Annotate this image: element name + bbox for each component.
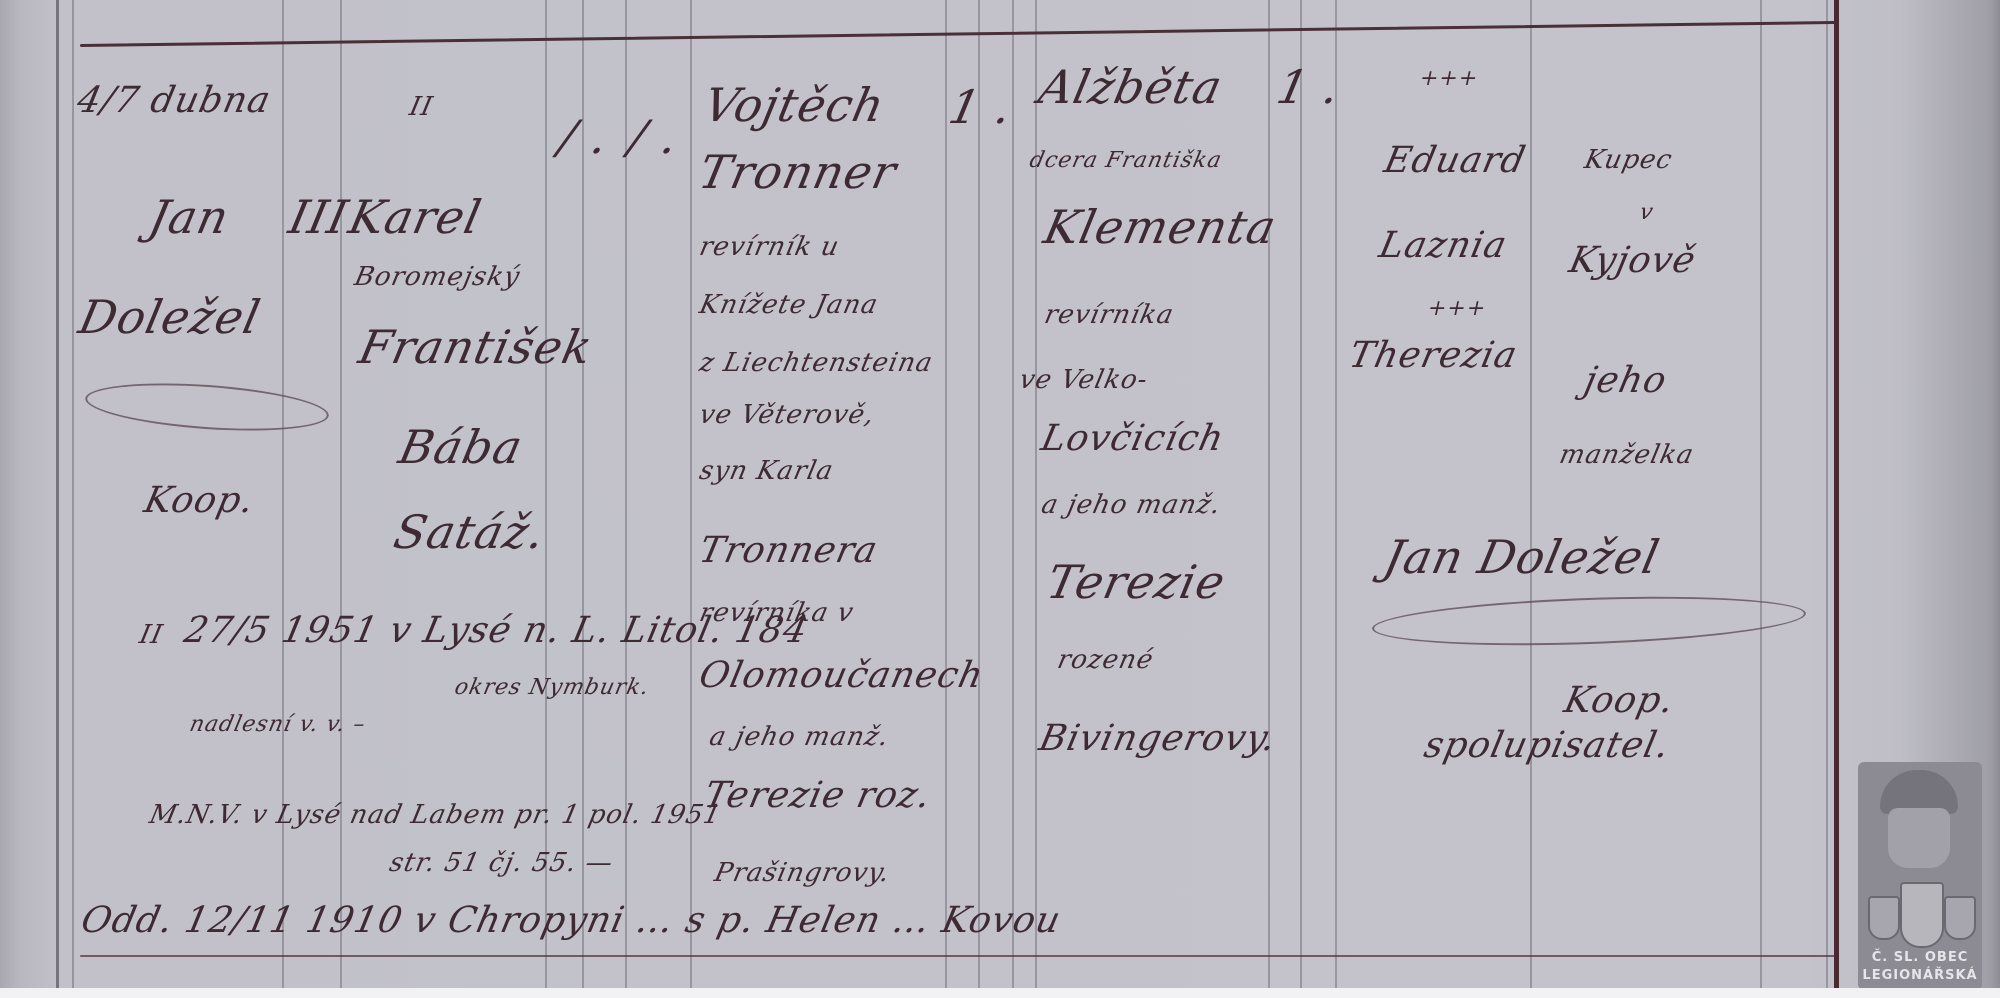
column-rule: [56, 0, 59, 998]
occupation-line-2: v: [1637, 200, 1656, 225]
mother-line-5: ve Velko-: [1017, 365, 1151, 395]
father-line-4: Knížete Jana: [697, 290, 881, 320]
occupation-line-4: jeho: [1581, 360, 1671, 401]
father-line-2: Tronner: [694, 145, 901, 199]
registry-line-2: str. 51 čj. 55. —: [387, 848, 616, 878]
mother-line-2: dcera Františka: [1027, 148, 1224, 173]
death-note-line-1: 27/5 1951 v Lysé n. L. Litol. 184: [181, 610, 812, 651]
father-line-3: revírník u: [697, 232, 842, 262]
entry-bottom-rule: [80, 955, 1835, 957]
father-line-7: syn Karla: [697, 456, 837, 486]
column-rule: [690, 0, 692, 998]
child-first-name: Jan: [144, 190, 234, 244]
midwife-label: Koop.: [141, 480, 258, 521]
column-rule: [340, 0, 342, 998]
baptized-name-5: Satáž.: [389, 505, 550, 559]
watermark-line-1: Č. SL. OBEC: [1858, 950, 1982, 965]
death-note-line-2: okres Nymburk.: [452, 675, 651, 700]
entry-top-rule: [80, 21, 1835, 47]
register-page: 4/7 dubna Jan Doležel Koop. II III Karel…: [0, 0, 2000, 998]
signature-flourish: [84, 377, 330, 438]
godparent-line-3: Therezia: [1346, 335, 1522, 376]
tally-mark-1: / .: [554, 110, 613, 164]
column-rule: [1300, 0, 1302, 998]
column-rule: [1530, 0, 1532, 998]
column-rule: [978, 0, 980, 998]
godparent-line-2: Laznia: [1376, 225, 1511, 266]
baptized-name-1: Karel: [344, 190, 486, 244]
mother-mark: 1 .: [1272, 60, 1345, 114]
column-rule: [72, 0, 74, 998]
column-rule: [282, 0, 284, 998]
signature-title: Koop.: [1561, 680, 1678, 721]
child-last-name: Doležel: [74, 290, 265, 344]
coat-of-arms-icon: [1944, 896, 1976, 940]
father-line-10: Olomoučanech: [696, 655, 988, 696]
death-note-mark: II: [137, 620, 166, 650]
mother-line-3: Klementa: [1039, 200, 1281, 254]
baptized-mark: II: [407, 92, 436, 122]
father-line-1: Vojtěch: [699, 78, 890, 132]
father-line-13: Prašingrovy.: [712, 858, 893, 888]
baptized-name-3: František: [354, 320, 597, 374]
coat-of-arms-icon: [1868, 896, 1900, 940]
occupation-line-5: manželka: [1557, 440, 1697, 470]
legionnaire-watermark-logo: Č. SL. OBEC LEGIONÁŘSKÁ: [1858, 762, 1982, 990]
mother-line-1: Alžběta: [1034, 60, 1227, 114]
father-mark: 1 .: [944, 80, 1017, 134]
scan-edge: [0, 988, 2000, 998]
baptized-name-4: Bába: [394, 420, 528, 474]
father-line-11: a jeho manž.: [707, 722, 892, 752]
signature-name: Jan Doležel: [1379, 530, 1664, 584]
father-line-12: Terezie roz.: [701, 775, 935, 816]
marriage-note: Odd. 12/11 1910 v Chropyni … s p. Helen …: [78, 900, 1065, 941]
occupation-line-3: Kyjově: [1566, 240, 1700, 281]
watermark-line-2: LEGIONÁŘSKÁ: [1858, 968, 1982, 983]
mother-line-8: Terezie: [1042, 555, 1230, 609]
death-note-line-3: nadlesní v. v. –: [187, 712, 368, 737]
column-rule: [1826, 0, 1828, 998]
tally-mark-2: / .: [624, 110, 683, 164]
father-line-5: z Liechtensteina: [697, 348, 936, 378]
signature-flourish: [1371, 590, 1806, 651]
mother-line-4: revírníka: [1042, 300, 1177, 330]
house-number: III: [284, 190, 353, 244]
page-border-rule: [1834, 0, 1839, 998]
column-rule: [1760, 0, 1762, 998]
father-line-6: ve Věterově,: [697, 400, 878, 430]
mother-line-9: rozené: [1055, 645, 1157, 675]
father-line-8: Tronnera: [696, 530, 882, 571]
entry-date: 4/7 dubna: [74, 80, 275, 121]
column-rule: [1012, 0, 1014, 998]
mother-line-10: Bivingerovy.: [1036, 718, 1280, 759]
soldier-face-icon: [1888, 808, 1950, 868]
godparent-cross-1: +++: [1417, 66, 1481, 91]
godparent-line-1: Eduard: [1381, 140, 1530, 181]
signature-role: spolupisatel.: [1421, 725, 1674, 766]
column-rule: [945, 0, 947, 998]
column-rule: [1268, 0, 1270, 998]
coat-of-arms-icon: [1900, 882, 1944, 948]
godparent-cross-2: +++: [1425, 296, 1489, 321]
mother-line-7: a jeho manž.: [1039, 490, 1224, 520]
baptized-name-2: Boromejský: [352, 262, 523, 292]
occupation-line-1: Kupec: [1582, 145, 1676, 175]
mother-line-6: Lovčicích: [1038, 418, 1228, 459]
registry-line-1: M.N.V. v Lysé nad Labem pr. 1 pol. 1951: [147, 800, 725, 830]
column-rule: [1335, 0, 1337, 998]
